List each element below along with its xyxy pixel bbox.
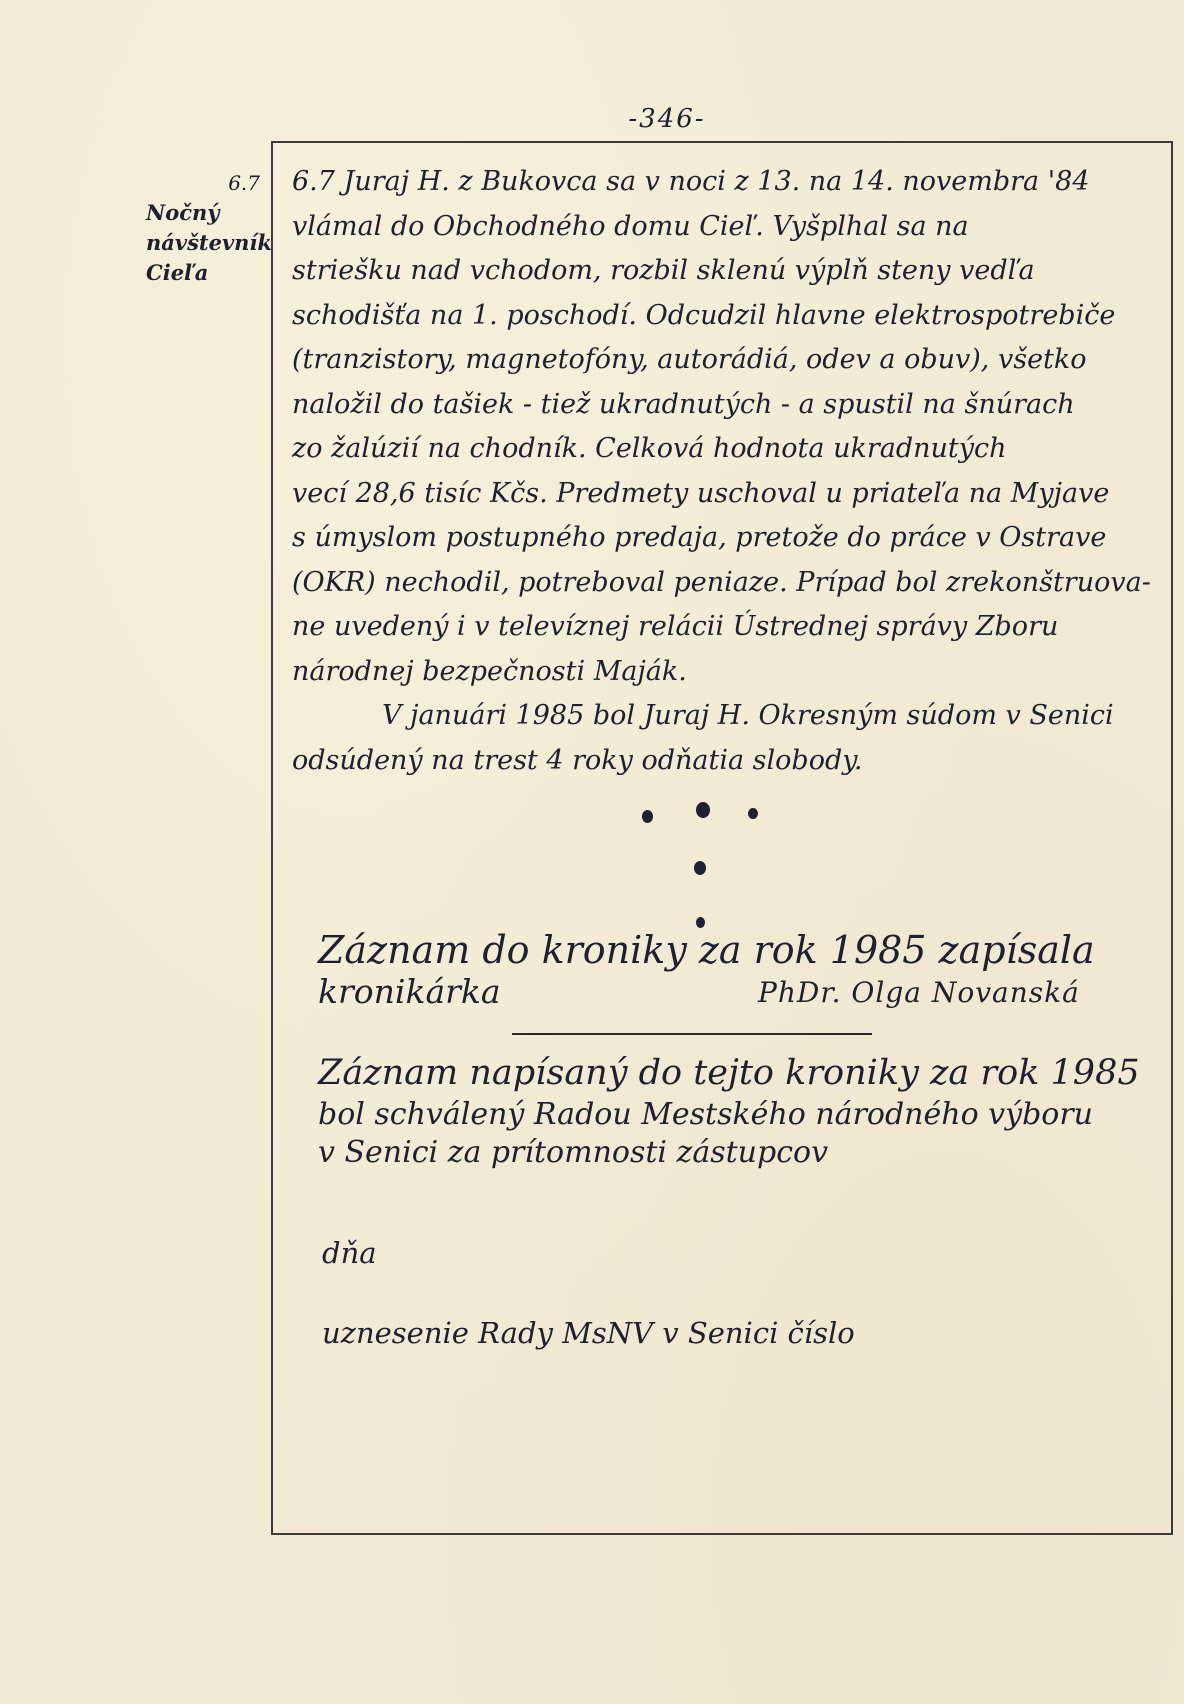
section-separator-dots	[600, 780, 800, 930]
closing-statement: Záznam do kroniky za rok 1985 zapísala k…	[318, 928, 1138, 1016]
approval-line: v Senici za prítomnosti zástupcov	[318, 1134, 1138, 1172]
page-number: -346-	[0, 104, 1184, 134]
chronicler-signature: PhDr. Olga Novanská	[758, 976, 1080, 1009]
approval-statement: Záznam napísaný do tejto kroniky za rok …	[318, 1050, 1138, 1172]
text-line: vlámal do Obchodného domu Cieľ. Vyšplhal…	[292, 205, 1168, 250]
separator-dot	[748, 808, 758, 819]
margin-section-number: 6.7	[146, 168, 266, 198]
text-line: národnej bezpečnosti Maják.	[292, 650, 1168, 695]
approval-date-label: dňa	[322, 1236, 377, 1270]
separator-dot	[696, 802, 710, 818]
margin-note-line: návštevník	[146, 228, 266, 258]
entry-paragraph-2: V januári 1985 bol Juraj H. Okresným súd…	[292, 694, 1168, 783]
separator-dot	[642, 810, 653, 823]
resolution-number-label: uznesenie Rady MsNV v Senici číslo	[322, 1316, 855, 1350]
approval-line: Záznam napísaný do tejto kroniky za rok …	[318, 1050, 1138, 1096]
separator-dot	[694, 861, 706, 875]
separator-dot	[696, 917, 705, 928]
text-line: zo žalúzií na chodník. Celková hodnota u…	[292, 427, 1168, 472]
closing-author-line: kronikárka PhDr. Olga Novanská	[318, 972, 1138, 1016]
margin-note: 6.7 Nočný návštevník Cieľa	[146, 168, 266, 288]
text-line: naložil do tašiek - tiež ukradnutých - a…	[292, 383, 1168, 428]
text-line: (tranzistory, magnetofóny, autorádiá, od…	[292, 338, 1168, 383]
entry-paragraph-1: 6.7 Juraj H. z Bukovca sa v noci z 13. n…	[292, 160, 1168, 694]
text-line: schodišťa na 1. poschodí. Odcudzil hlavn…	[292, 294, 1168, 339]
approval-line: bol schválený Radou Mestského národného …	[318, 1096, 1138, 1134]
text-line: ne uvedený i v televíznej relácii Ústred…	[292, 605, 1168, 650]
chronicler-role: kronikárka	[318, 972, 501, 1011]
section-divider	[512, 1033, 872, 1035]
text-line: (OKR) nechodil, potreboval peniaze. Príp…	[292, 561, 1168, 606]
text-line: striešku nad vchodom, rozbil sklenú výpl…	[292, 249, 1168, 294]
margin-note-line: Cieľa	[146, 258, 266, 288]
text-line: vecí 28,6 tisíc Kčs. Predmety uschoval u…	[292, 472, 1168, 517]
text-line: V januári 1985 bol Juraj H. Okresným súd…	[292, 694, 1168, 739]
text-line: s úmyslom postupného predaja, pretože do…	[292, 516, 1168, 561]
closing-headline: Záznam do kroniky za rok 1985 zapísala	[318, 928, 1138, 972]
text-line: odsúdený na trest 4 roky odňatia slobody…	[292, 739, 1168, 784]
text-line: 6.7 Juraj H. z Bukovca sa v noci z 13. n…	[292, 160, 1168, 205]
margin-note-line: Nočný	[146, 198, 266, 228]
chronicle-entry: 6.7 Juraj H. z Bukovca sa v noci z 13. n…	[292, 160, 1168, 783]
